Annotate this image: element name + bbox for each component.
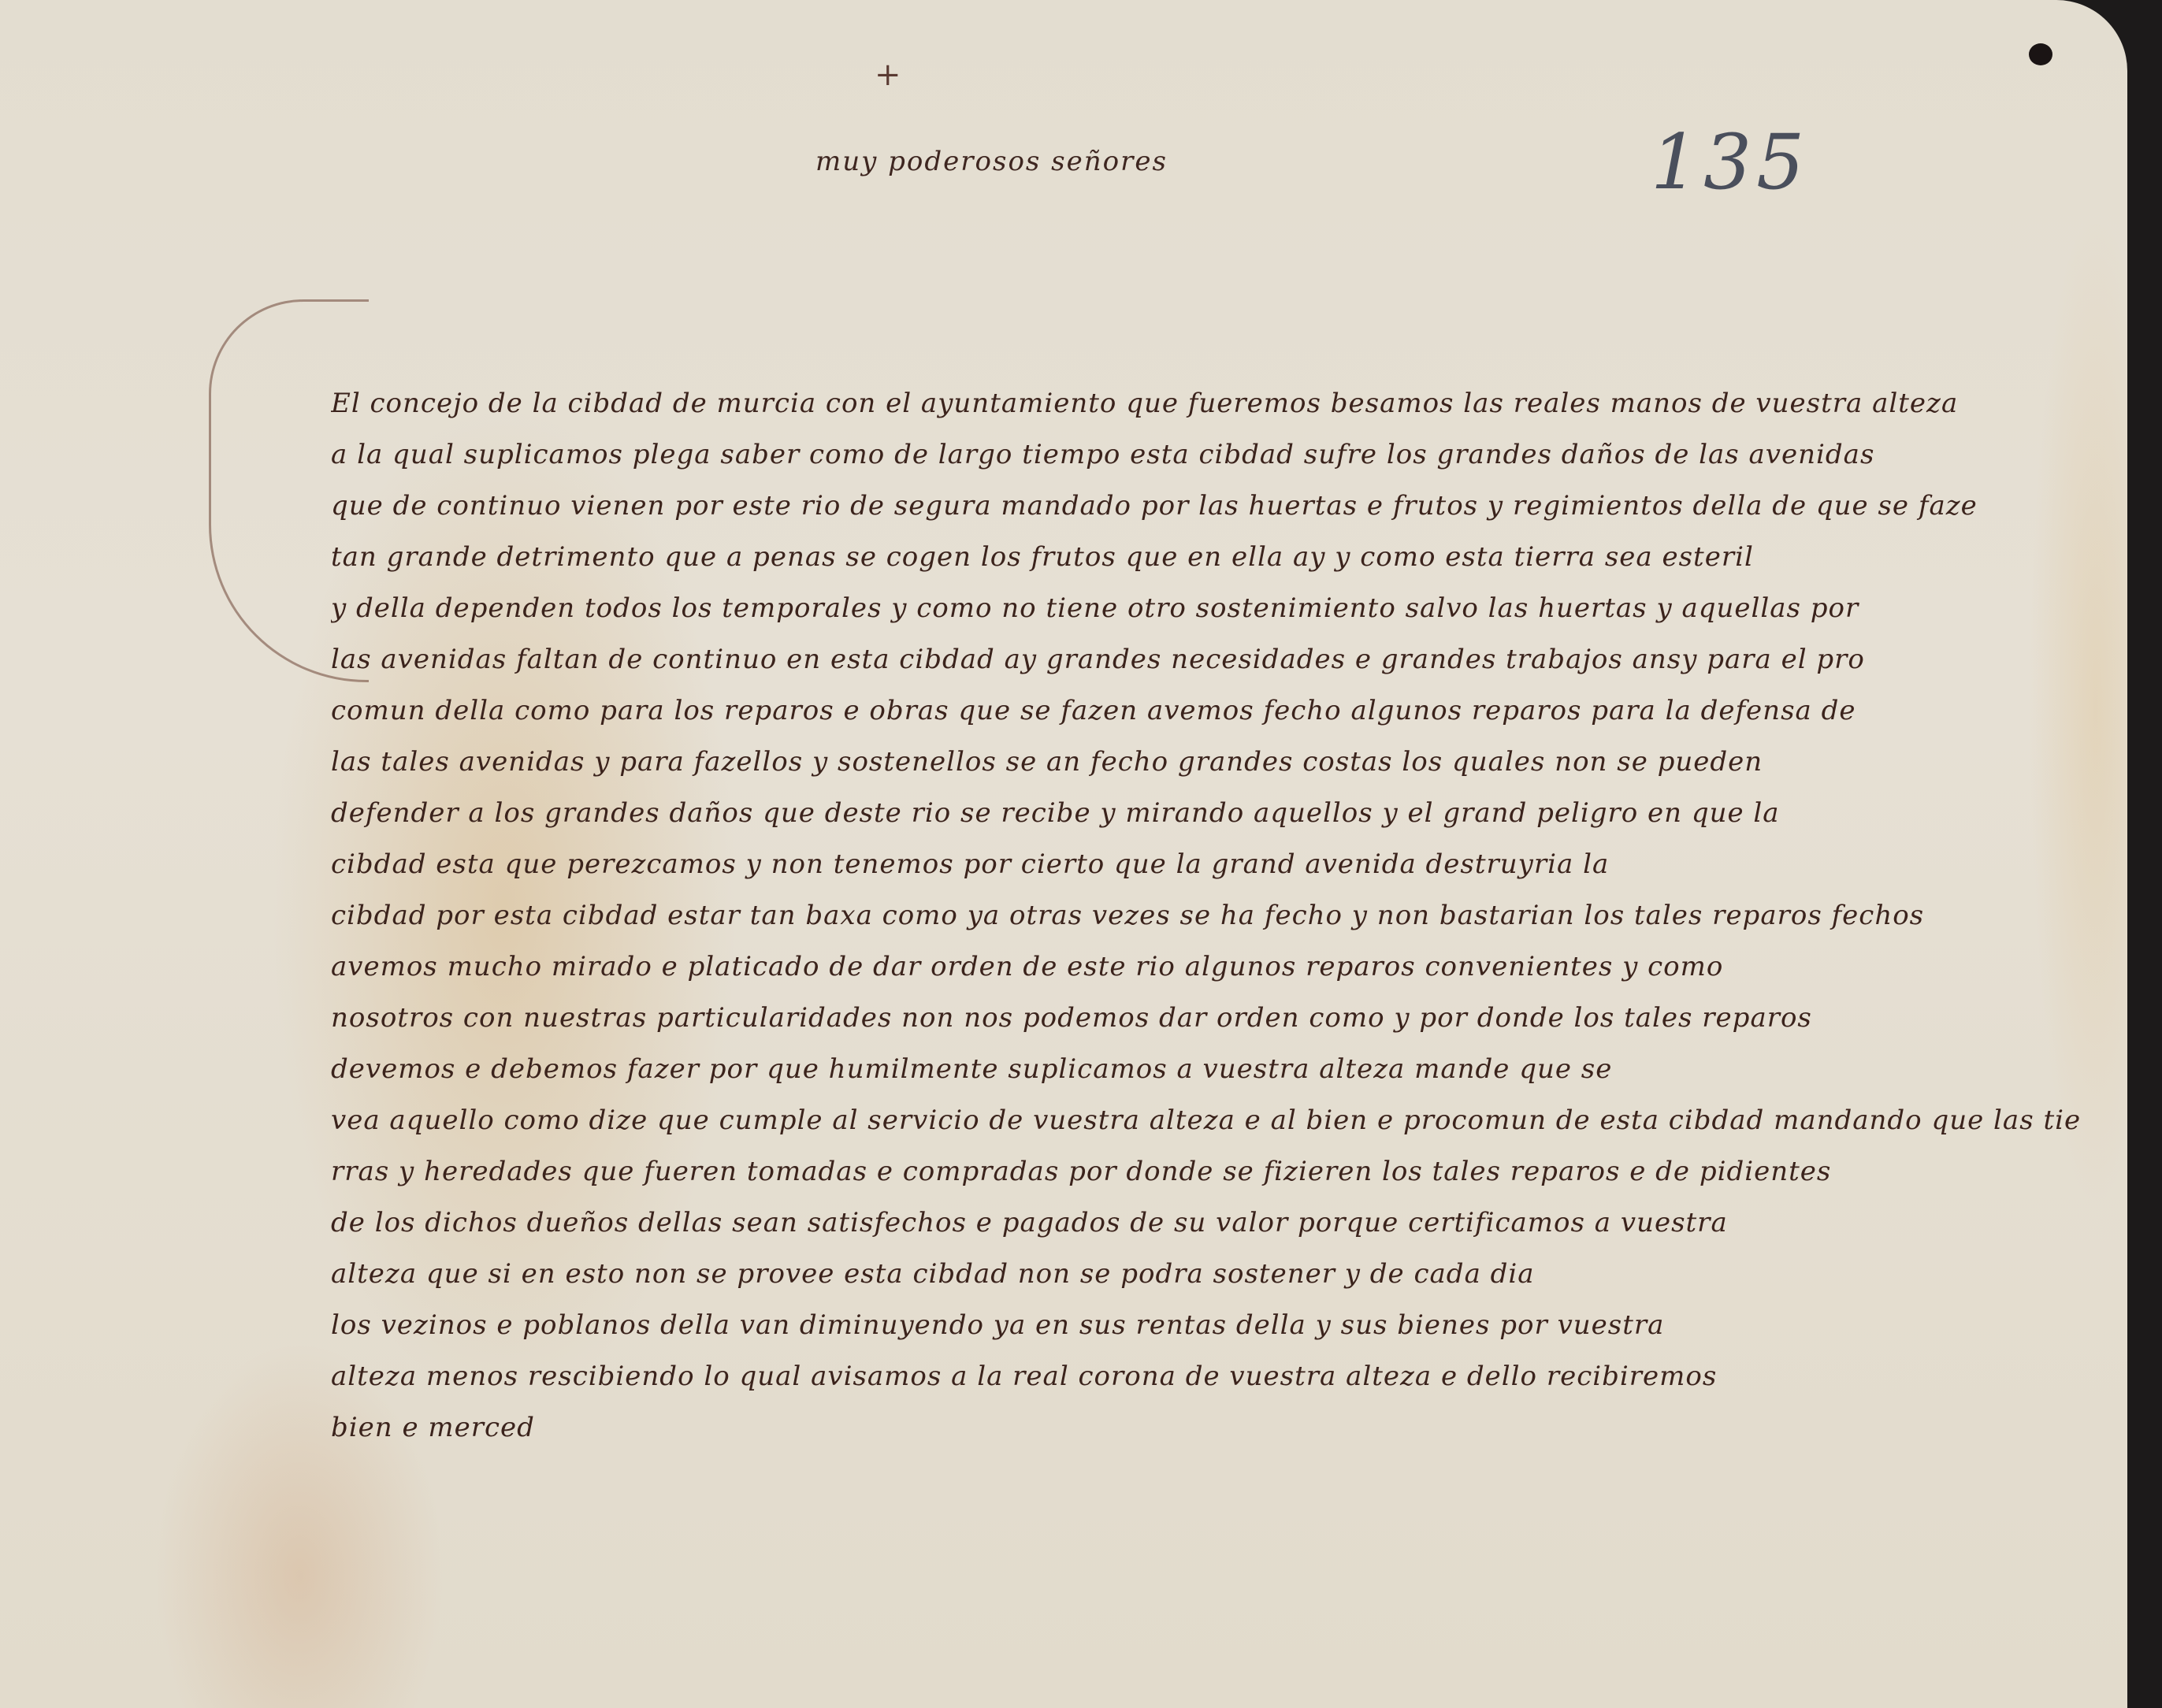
text-line: vea aquello como dize que cumple al serv… [331,1095,2088,1146]
text-line: avemos mucho mirado e platicado de dar o… [331,941,2088,993]
text-line: alteza menos rescibiendo lo qual avisamo… [331,1351,2088,1402]
text-line: de los dichos dueños dellas sean satisfe… [331,1197,2088,1249]
salutation-heading: muy poderosos señores [815,146,1168,177]
text-line: comun della como para los reparos e obra… [331,685,2088,737]
text-line: defender a los grandes daños que deste r… [331,788,2088,839]
letter-body: El concejo de la cibdad de murcia con el… [331,378,2088,1454]
text-line: a la qual suplicamos plega saber como de… [331,429,2088,481]
text-line: que de continuo vienen por este rio de s… [331,481,2088,532]
text-line: cibdad esta que perezcamos y non tenemos… [331,839,2088,890]
text-line: las avenidas faltan de continuo en esta … [331,634,2088,685]
text-line: bien e merced [331,1402,2088,1454]
text-line: devemos e debemos fazer por que humilmen… [331,1044,2088,1095]
manuscript-page: + 135 muy poderosos señores El concejo d… [0,0,2127,1708]
text-line: nosotros con nuestras particularidades n… [331,993,2088,1044]
cross-mark: + [875,57,901,93]
text-line: El concejo de la cibdad de murcia con el… [331,378,2088,429]
text-line: y della dependen todos los temporales y … [331,583,2088,634]
text-line: los vezinos e poblanos della van diminuy… [331,1300,2088,1351]
text-line: alteza que si en esto non se provee esta… [331,1249,2088,1300]
folio-number: 135 [1651,118,1809,206]
text-line: tan grande detrimento que a penas se cog… [331,532,2088,583]
text-line: las tales avenidas y para fazellos y sos… [331,737,2088,788]
text-line: rras y heredades que fueren tomadas e co… [331,1146,2088,1197]
text-line: cibdad por esta cibdad estar tan baxa co… [331,890,2088,941]
ink-blot [2029,43,2052,65]
